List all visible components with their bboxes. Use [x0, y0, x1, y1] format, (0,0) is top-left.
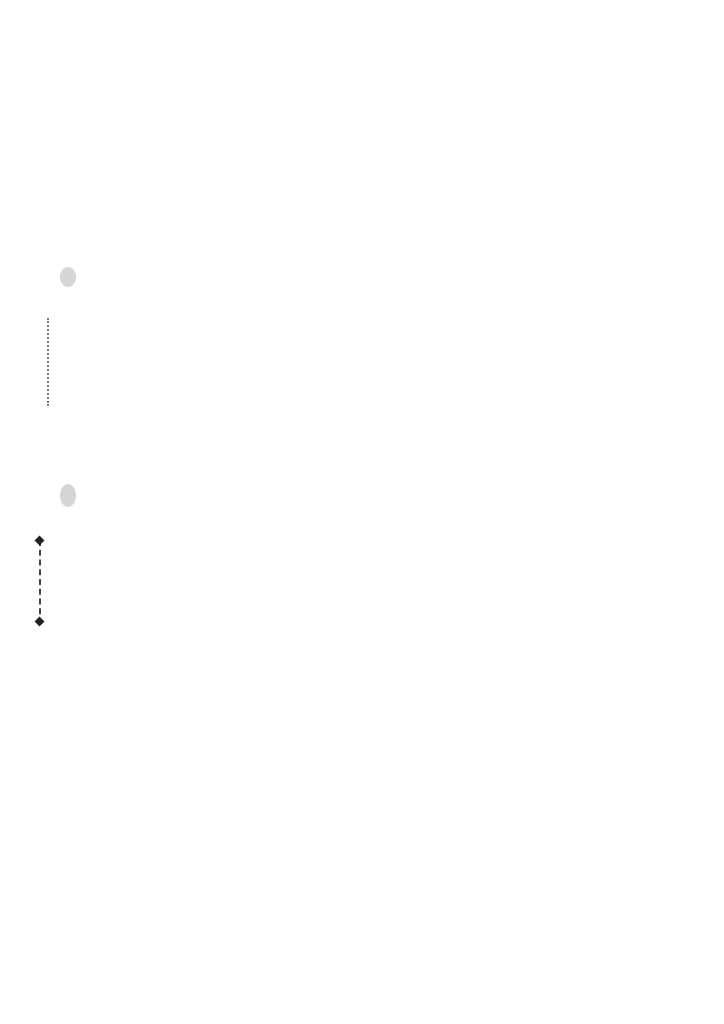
highlighted-term	[60, 267, 76, 287]
highlighted-term	[60, 484, 76, 507]
bracket-start-marker-icon	[35, 536, 45, 546]
bracket-end-marker-icon	[35, 617, 45, 627]
margin-dotted-bracket	[47, 318, 49, 406]
margin-dashed-bracket	[39, 540, 41, 624]
